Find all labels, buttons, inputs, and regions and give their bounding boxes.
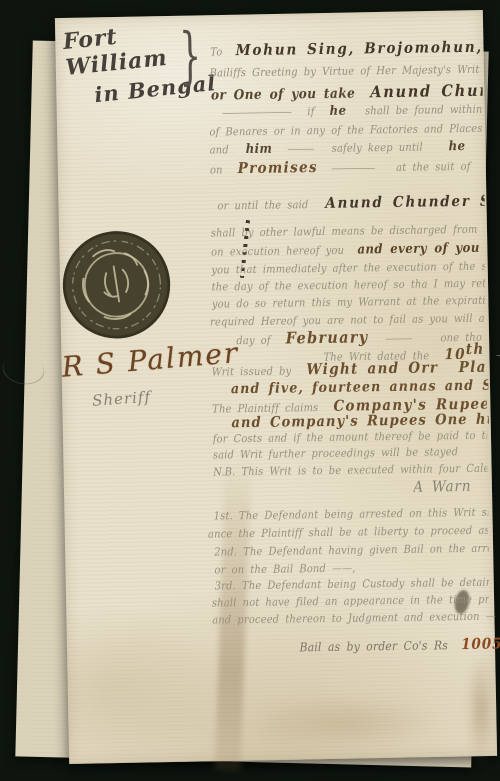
defendant-full-name: Anund Chunder Sand — [325, 193, 485, 212]
writ-line-17: Writ issued by Wight and Orr Plaintiffs — [212, 359, 487, 381]
writ-content: Fort William in Bengal } R S Palmer Sher… — [0, 0, 500, 781]
writ-line-09: shall by other lawful means be discharge… — [211, 221, 485, 243]
text-segment: or until the said — [217, 198, 308, 212]
text-segment: on execution hereof you — [211, 244, 344, 259]
bailiff-names: Mohun Sing, Brojomohun, Aj — [236, 39, 481, 59]
amount-words: and five, fourteen annas and Sund — [231, 378, 489, 398]
bail-order-line: Bail as by order Co's Rs 1005 — [299, 636, 500, 657]
condition-2-line-1: 2nd. The Defendant having given Bail on … — [214, 540, 489, 562]
text-segment: shall be found within — [365, 103, 483, 118]
pronoun-him: him — [246, 142, 273, 157]
pronoun-he: he — [329, 104, 346, 119]
text-segment: day of — [236, 334, 271, 347]
defendant-name: Anund Chun — [370, 82, 483, 102]
writ-line-04: ———————— if he shall be found within — [222, 101, 483, 123]
countersignature: A Warn — [413, 478, 471, 497]
condition-3-line-3: and proceed thereon to Judgment and exec… — [212, 608, 496, 630]
plaintiff-attorneys: Wight and Orr — [306, 359, 438, 379]
sheriff-seal-icon — [53, 221, 181, 349]
command-text: or One of you take — [211, 86, 356, 104]
flourish-dash: ——— — [287, 142, 313, 155]
writ-line-07: on Promises ————— at the suit of — [210, 157, 484, 179]
ordinal-suffix: th — [466, 340, 485, 358]
bail-amount: 1005 — [461, 636, 500, 654]
writ-line-01: To Mohun Sing, Brojomohun, Aj — [210, 39, 480, 61]
premises-word: Promises — [238, 158, 319, 177]
text-segment: if — [307, 105, 314, 118]
flourish-dash: ———————— — [222, 105, 291, 119]
bail-order-text: Bail as by order Co's Rs — [300, 638, 449, 654]
text-segment: Writ issued by — [212, 364, 292, 378]
salutation: To — [210, 45, 222, 58]
writ-line-06: and him ——— safely keep until he — [210, 138, 484, 160]
flourish-dash: ————— — [331, 161, 374, 175]
flourish-dash: —— — [496, 348, 500, 361]
sheriff-title: Sheriff — [92, 388, 152, 410]
text-segment: on — [210, 163, 223, 176]
text-segment: safely keep until — [332, 141, 423, 155]
text-segment: at the suit of — [396, 160, 471, 174]
inserted-phrase: and every of you — [357, 241, 480, 258]
writ-line-03: or One of you take Anund Chun — [211, 82, 483, 104]
document-scan: Fort William in Bengal } R S Palmer Sher… — [0, 0, 500, 781]
pronoun-he: he — [448, 139, 465, 154]
writ-line-02: Bailiffs Greeting by Virtue of Her Majes… — [209, 61, 482, 83]
writ-line-16: The Writ dated the 10th —— — [323, 340, 500, 361]
heading-brace: } — [179, 19, 202, 92]
writ-line-08: or until the said Anund Chunder Sand — [217, 193, 485, 215]
text-segment: and — [210, 143, 229, 156]
plaintiffs-word: Plaintiffs — [459, 359, 487, 376]
